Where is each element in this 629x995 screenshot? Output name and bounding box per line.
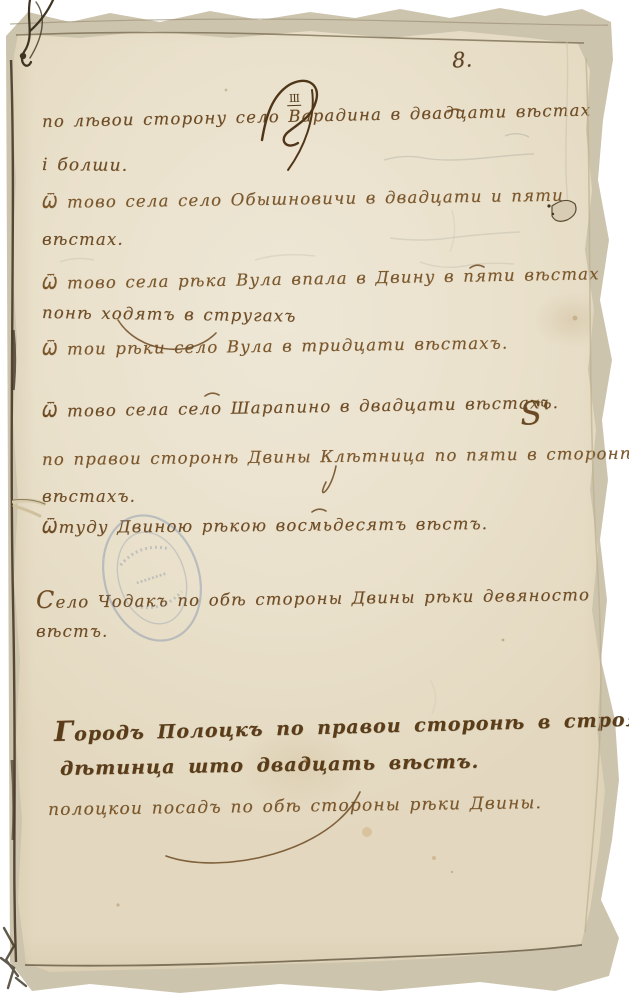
manuscript-line: і болши. xyxy=(42,155,129,176)
margin-note: Ѕч xyxy=(519,393,551,433)
manuscript-line: вѣстъ. xyxy=(36,622,109,641)
manuscript-line: вѣстахъ. xyxy=(42,487,136,506)
manuscript-line: Ѿтуду Двиною рѣкою восмьдесятъ вѣстъ. xyxy=(42,514,488,537)
folio-number: 8. xyxy=(451,47,473,72)
section-numeral: ІІІ xyxy=(287,92,302,106)
manuscript-line: понѣ ходятъ в стругахъ xyxy=(42,303,297,326)
manuscript-line: вѣстах. xyxy=(42,230,124,249)
margin-note-superscript: ч xyxy=(539,395,550,414)
manuscript-photo: по лѣвои сторону село Варадина в двадцат… xyxy=(0,0,629,995)
